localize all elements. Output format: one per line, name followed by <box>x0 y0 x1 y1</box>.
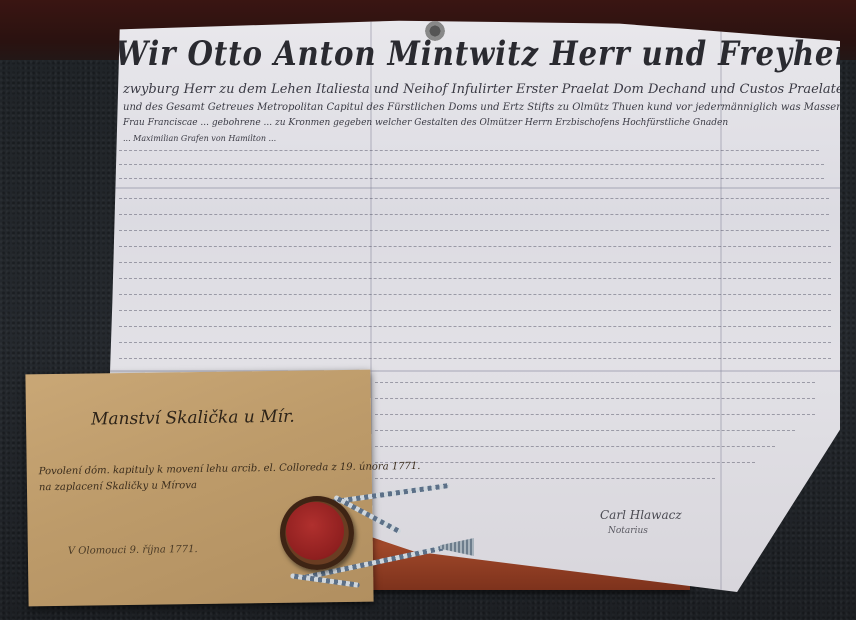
handwritten-line <box>119 310 831 312</box>
handwritten-line <box>119 230 829 232</box>
handwritten-line <box>375 478 715 480</box>
handwritten-line <box>119 214 829 216</box>
charter-line: Frau Franciscae ... gebohrene ... zu Kro… <box>123 118 728 128</box>
charter-heading: Wir Otto Anton Mintwitz Herr und Freyher… <box>115 34 734 74</box>
photo-scene: Wir Otto Anton Mintwitz Herr und Freyher… <box>0 0 856 620</box>
envelope-title: Manství Skalička u Mír. <box>91 407 295 430</box>
charter-line: ... Maximilian Grafen von Hamilton ... <box>123 134 276 143</box>
handwritten-line <box>119 262 831 264</box>
handwritten-line <box>119 358 831 360</box>
handwritten-line <box>119 164 824 166</box>
handwritten-line <box>375 414 815 416</box>
handwritten-line <box>375 382 815 384</box>
handwritten-line <box>119 326 831 328</box>
handwritten-line <box>375 462 755 464</box>
charter-line: zwyburg Herr zu dem Lehen Italiesta und … <box>123 82 852 97</box>
fold-crease <box>720 12 722 592</box>
handwritten-line <box>119 178 824 180</box>
charter-line: und des Gesamt Getreues Metropolitan Cap… <box>123 102 843 113</box>
fold-crease <box>105 187 840 189</box>
envelope-date: V Olomouci 9. října 1771. <box>68 544 198 557</box>
signature-note: Notarius <box>608 526 648 536</box>
handwritten-line <box>119 294 831 296</box>
handwritten-line <box>375 398 815 400</box>
signature: Carl Hlawacz <box>600 508 682 522</box>
handwritten-line <box>119 342 831 344</box>
handwritten-line <box>119 198 829 200</box>
wax-seal-case <box>280 496 354 570</box>
handwritten-line <box>375 430 795 432</box>
handwritten-line <box>119 246 831 248</box>
handwritten-line <box>375 446 775 448</box>
red-wax-seal <box>286 502 344 560</box>
envelope-line: Povolení dóm. kapituly k movení lehu arc… <box>39 461 421 477</box>
envelope-line: na zaplacení Skaličky u Mírova <box>39 480 197 493</box>
handwritten-line <box>119 150 819 152</box>
handwritten-line <box>119 278 831 280</box>
